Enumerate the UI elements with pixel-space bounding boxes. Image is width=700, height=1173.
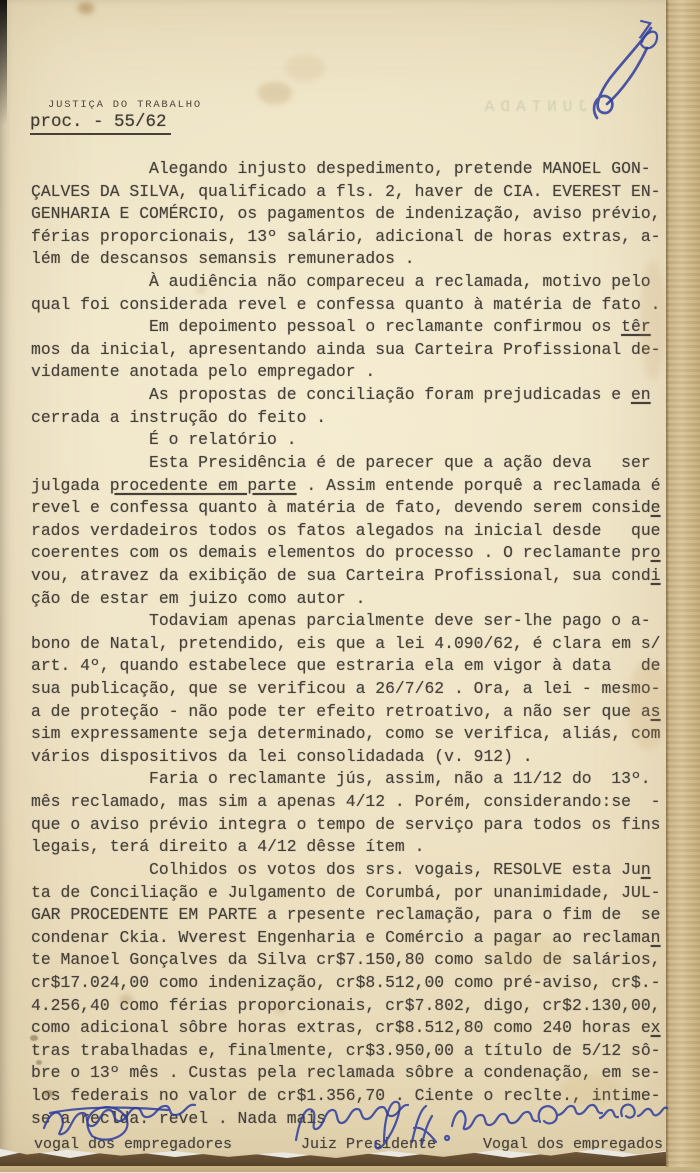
document-line: ta de Conciliação e Julgamento de Corumb…: [31, 882, 667, 905]
court-header-label: JUSTIÇA DO TRABALHO: [48, 99, 202, 111]
document-line: condenar Ckia. Wverest Engenharia e Comé…: [31, 927, 667, 950]
document-line: À audiência não compareceu a reclamada, …: [31, 271, 667, 294]
signature-label-presiding-judge: Juiz Presidente: [301, 1136, 436, 1153]
paper-stain: [258, 82, 292, 104]
signature-label-employers-representative: vogal dos empregadores: [34, 1136, 232, 1153]
document-line: Todaviam apenas parcialmente deve ser-lh…: [31, 610, 667, 633]
handwritten-page-number: 7: [633, 15, 655, 47]
paper-stain: [78, 2, 94, 14]
process-number: proc. - 55/62: [30, 112, 171, 135]
document-line: Alegando injusto despedimento, pretende …: [31, 158, 667, 181]
document-line: As propostas de conciliação foram prejud…: [31, 384, 667, 407]
document-line: qual foi considerada revel e confessa qu…: [31, 294, 667, 317]
document-line: É o relatório .: [31, 429, 667, 452]
document-line: lém de descansos semansis remunerados .: [31, 248, 667, 271]
document-line: Faria o reclamante jús, assim, não a 11/…: [31, 768, 667, 791]
underlined-text: i: [651, 566, 661, 585]
paper-stain: [196, 286, 206, 294]
underlined-text: n: [641, 860, 651, 879]
document-line: sim expressamente seja determinado, como…: [31, 723, 667, 746]
paper-stain: [628, 660, 668, 750]
paragraph: Faria o reclamante jús, assim, não a 11/…: [31, 768, 667, 858]
document-line: rados verdadeiros todos os fatos alegado…: [31, 520, 667, 543]
paragraph: Alegando injusto despedimento, pretende …: [31, 158, 667, 271]
document-line: a de proteção - não pode ter efeito retr…: [31, 701, 667, 724]
document-line: cr$17.024,00 como indenização, cr$8.512,…: [31, 972, 667, 995]
document-line: legais, terá direito a 4/12 dêsse ítem .: [31, 836, 667, 859]
underlined-text: x: [651, 1018, 661, 1037]
paragraph: Em depoimento pessoal o reclamante confi…: [31, 316, 667, 384]
document-line: revel e confessa quanto à matéria de fat…: [31, 497, 667, 520]
document-line: GENHARIA E COMÉRCIO, os pagamentos de in…: [31, 203, 667, 226]
document-line: vários dispositivos da lei consolidadada…: [31, 746, 667, 769]
document-line: ção de estar em juizo como autor .: [31, 588, 667, 611]
paper-speck: [30, 1035, 38, 1041]
document-line: sua publicação, que se verificou a 26/7/…: [31, 678, 667, 701]
document-line: coerentes com os demais elementos do pro…: [31, 542, 667, 565]
paper-stain: [275, 1005, 285, 1013]
paper-speck: [36, 1060, 42, 1065]
underlined-text: o: [651, 543, 661, 562]
document-line: vou, atravez da exibição de sua Carteira…: [31, 565, 667, 588]
document-line: julgada procedente em parte . Assim ente…: [31, 475, 667, 498]
document-line: ÇALVES DA SILVA, qualificado a fls. 2, h…: [31, 181, 667, 204]
bleed-through-text: JUNTADA: [388, 98, 588, 116]
scan-corner-shadow: [0, 0, 7, 125]
paragraph: Esta Presidência é de parecer que a ação…: [31, 452, 667, 610]
signature-label-employees-representative: Vogal dos empregados: [483, 1136, 663, 1153]
paper-stain: [120, 995, 132, 1004]
document-line: Esta Presidência é de parecer que a ação…: [31, 452, 667, 475]
document-line: como adicional sôbre horas extras, cr$8.…: [31, 1017, 667, 1040]
document-paper: JUSTIÇA DO TRABALHO proc. - 55/62 JUNTAD…: [0, 0, 672, 1158]
document-line: que o aviso prévio integra o tempo de se…: [31, 814, 667, 837]
book-page-edges: [666, 0, 700, 1167]
document-line: bono de Natal, pretendido, eis que a lei…: [31, 633, 667, 656]
document-line: art. 4º, quando estabelece que estraria …: [31, 655, 667, 678]
document-line: Em depoimento pessoal o reclamante confi…: [31, 316, 667, 339]
paragraph: Todaviam apenas parcialmente deve ser-lh…: [31, 610, 667, 768]
underlined-text: en: [631, 385, 651, 404]
document-line: tras trabalhadas e, finalmente, cr$3.950…: [31, 1040, 667, 1063]
document-body: Alegando injusto despedimento, pretende …: [31, 158, 667, 1130]
paper-speck: [44, 1090, 54, 1097]
document-line: te Manoel Gonçalves da Silva cr$7.150,80…: [31, 949, 667, 972]
document-line: vidamente anotada pelo empregador .: [31, 361, 667, 384]
document-line: mos da inicial, apresentando ainda sua C…: [31, 339, 667, 362]
paper-stain: [495, 935, 565, 975]
paragraph: As propostas de conciliação foram prejud…: [31, 384, 667, 429]
scanned-court-document-page: JUSTIÇA DO TRABALHO proc. - 55/62 JUNTAD…: [0, 0, 700, 1173]
paper-stain: [560, 1075, 620, 1105]
paragraph: À audiência não compareceu a reclamada, …: [31, 271, 667, 316]
paper-stain: [640, 260, 666, 380]
underlined-text: n: [651, 928, 661, 947]
underlined-text: e: [651, 498, 661, 517]
underlined-text: procedente em parte: [110, 476, 297, 495]
document-line: cerrada a instrução do feito .: [31, 407, 667, 430]
document-line: mês reclamado, mas sim a apenas 4/12 . P…: [31, 791, 667, 814]
paragraph: É o relatório .: [31, 429, 667, 452]
document-line: se a reclda. revel . Nada mais: [31, 1108, 667, 1131]
paper-stain: [285, 55, 325, 81]
document-line: férias proporcionais, 13º salário, adici…: [31, 226, 667, 249]
document-line: Colhidos os votos dos srs. vogais, RESOL…: [31, 859, 667, 882]
document-line: GAR PROCEDENTE EM PARTE a rpesente recla…: [31, 904, 667, 927]
